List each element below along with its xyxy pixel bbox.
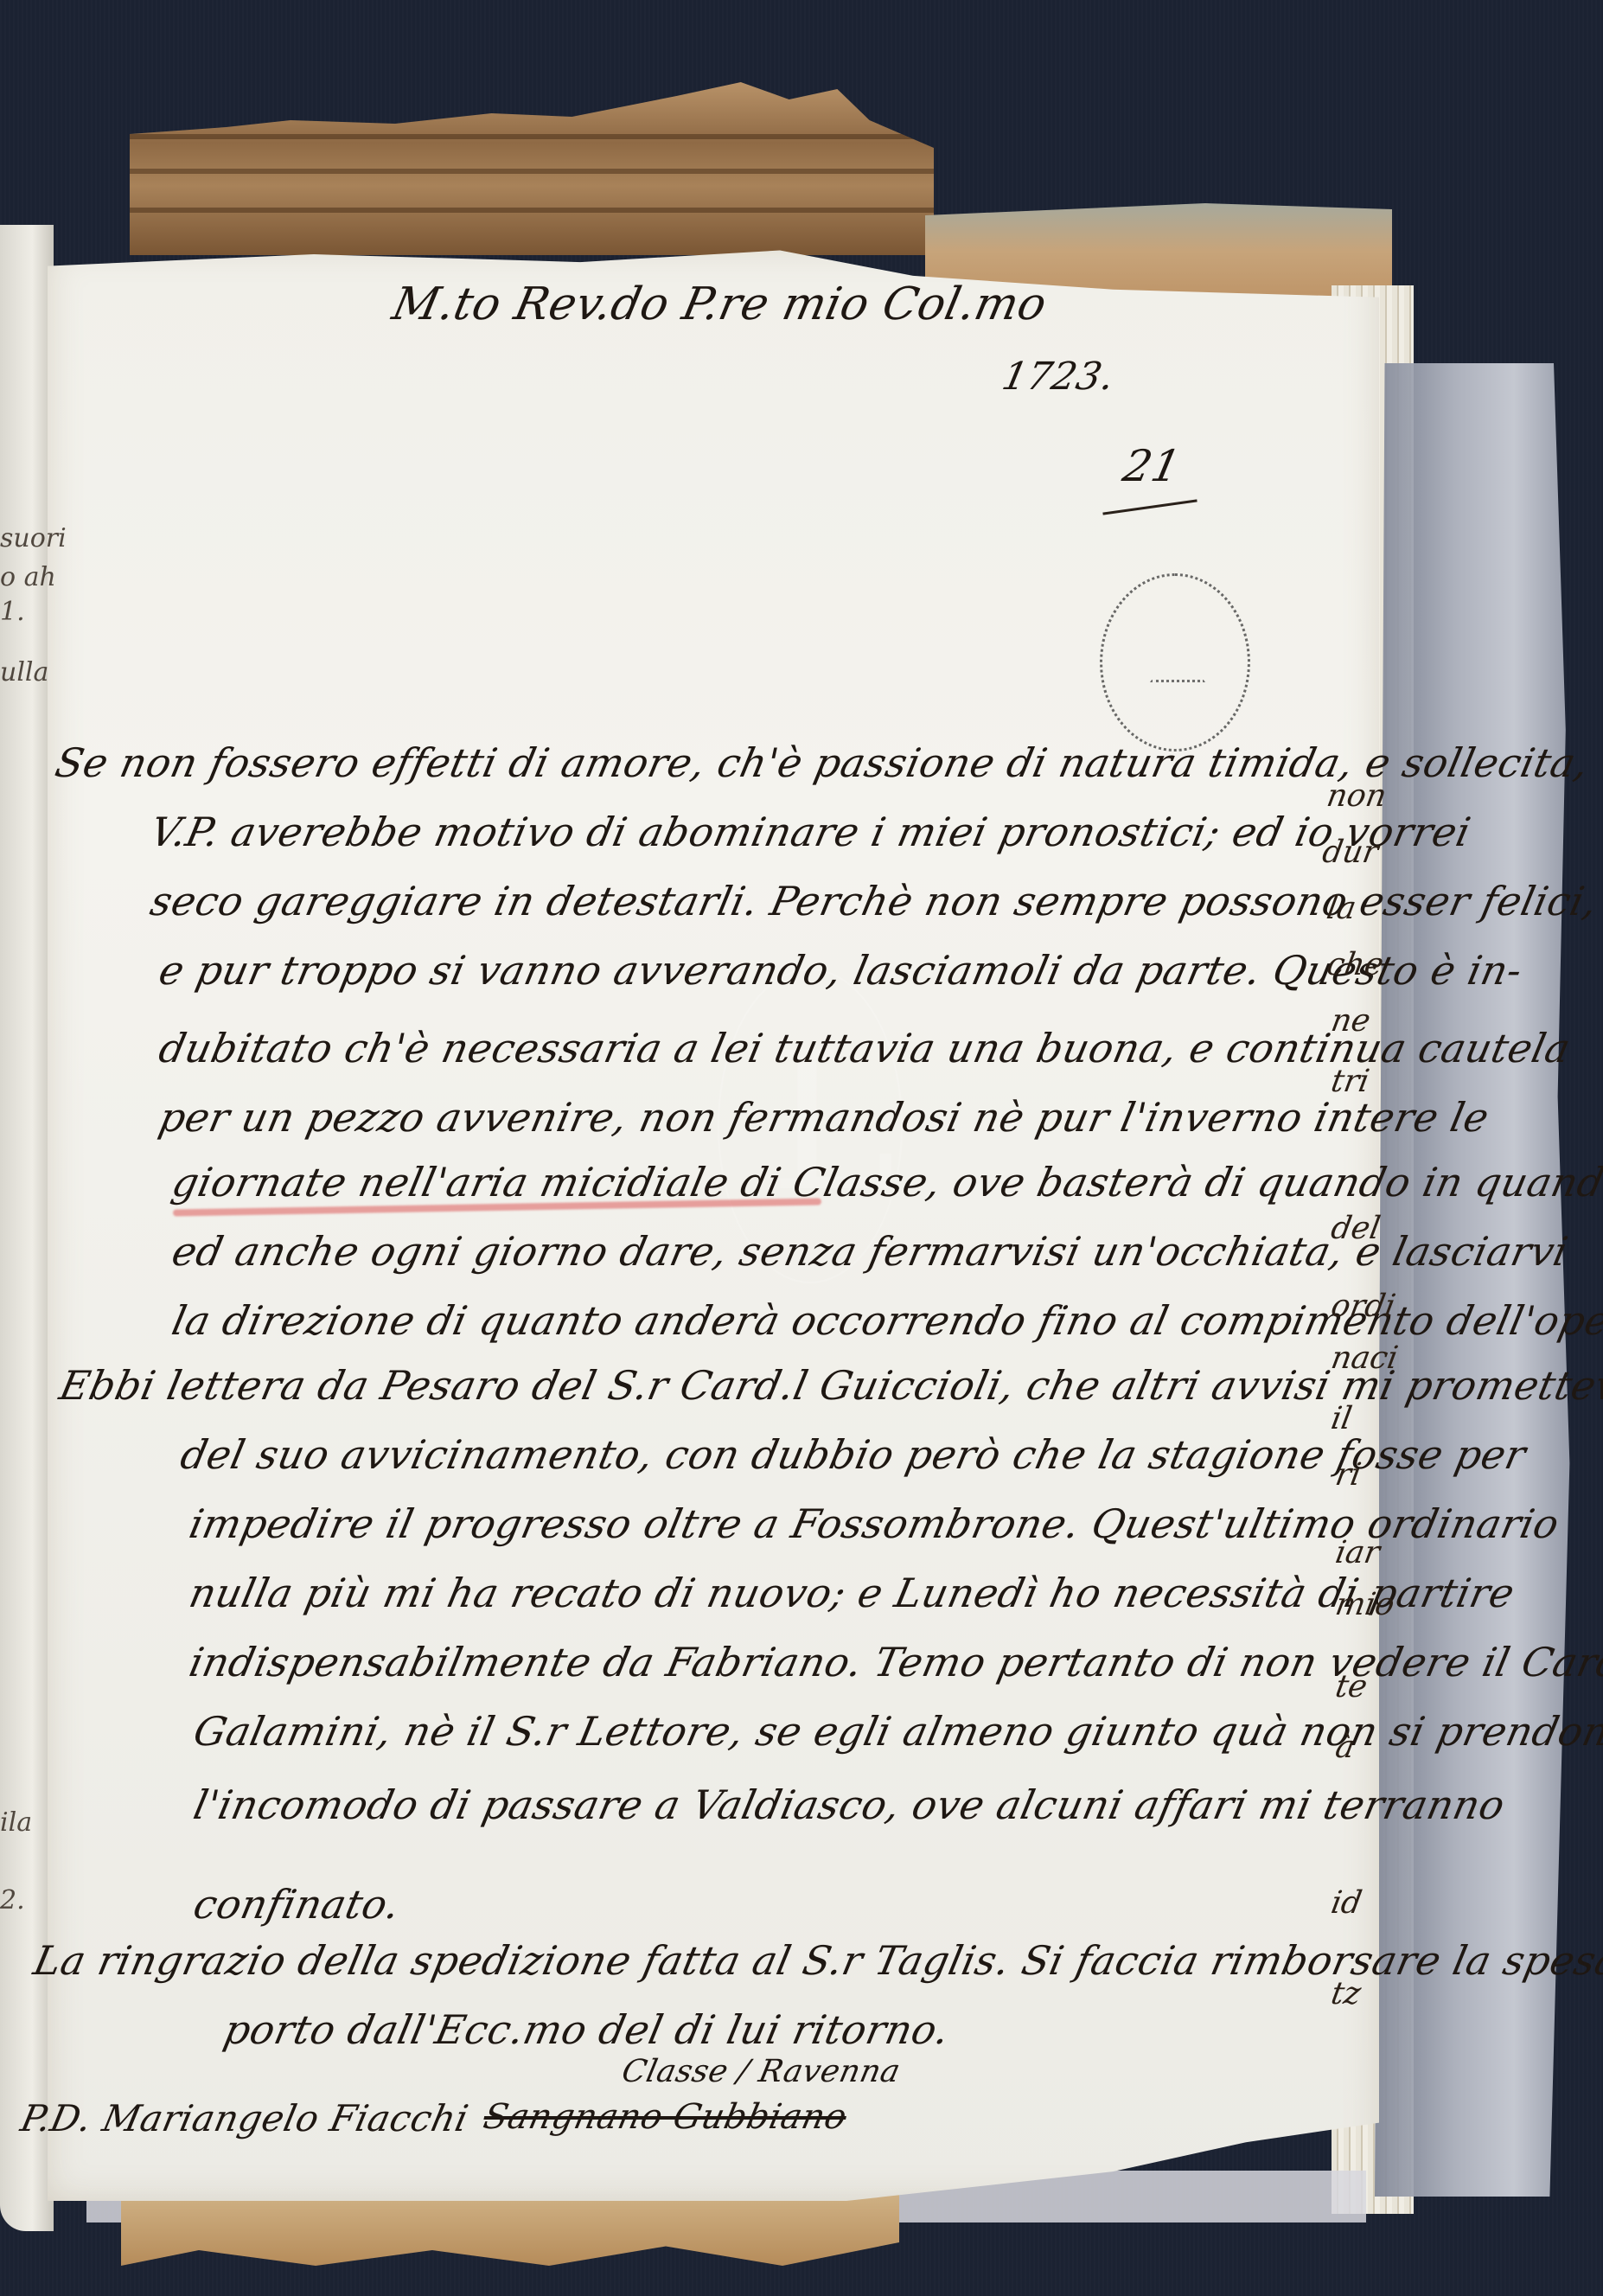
wrapper-fold <box>130 208 934 213</box>
margin-fragment: dur <box>1319 835 1381 870</box>
body-line: e pur troppo si vanno avverando, lasciam… <box>155 947 1526 994</box>
margin-fragment: iar <box>1332 1535 1382 1570</box>
margin-fragment: naci <box>1328 1340 1401 1376</box>
wrapper-fold <box>130 169 934 174</box>
margin-fragment: ne <box>1328 1003 1373 1039</box>
margin-fragment: te <box>1332 1669 1370 1704</box>
body-line: seco gareggiare in detestarli. Perchè no… <box>146 878 1602 924</box>
margin-fragment: ordi <box>1328 1289 1398 1324</box>
margin-fragment: non <box>1324 778 1389 814</box>
body-line: del suo avvicinamento, con dubbio però c… <box>176 1431 1530 1478</box>
facing-page-fragment: 2. <box>0 1885 25 1915</box>
date: 1723. <box>999 355 1119 399</box>
signature-crossed-out: Sangnano Gubbiano <box>480 2097 850 2137</box>
body-line: giornate nell'aria micidiale di Classe, … <box>168 1159 1603 1206</box>
folio-number: 21 <box>1119 441 1185 491</box>
margin-fragment: del <box>1328 1211 1383 1246</box>
tissue-paper <box>1375 363 1574 2197</box>
facing-page-fragment: ulla <box>0 657 48 688</box>
margin-fragment: che <box>1324 947 1386 982</box>
stamp-emblem-icon <box>1150 636 1205 682</box>
body-line: nulla più mi ha recato di nuovo; e Luned… <box>185 1570 1518 1616</box>
facing-page-fragment: ila <box>0 1807 32 1838</box>
signature-name: P.D. Mariangelo Fiacchi <box>17 2097 472 2139</box>
facing-page-fragment: 1. <box>0 597 25 627</box>
body-line: Galamini, nè il S.r Lettore, se egli alm… <box>189 1708 1603 1755</box>
margin-fragment: id <box>1328 1885 1364 1921</box>
facing-page-fragment: o ah <box>0 562 56 592</box>
body-line: per un pezzo avvenire, non fermandosi nè… <box>155 1094 1493 1141</box>
facing-page-fragment: suori <box>0 523 67 553</box>
archive-stamp <box>1100 573 1250 751</box>
body-line: indispensabilmente da Fabriano. Temo per… <box>185 1639 1603 1685</box>
signature-insertion: Classe / Ravenna <box>619 2054 904 2089</box>
body-line: confinato. <box>189 1881 404 1928</box>
margin-fragment: tri <box>1328 1064 1371 1099</box>
margin-fragment: mio <box>1332 1587 1397 1622</box>
body-line: La ringrazio della spedizione fatta al S… <box>29 1937 1603 1984</box>
body-line: l'incomodo di passare a Valdiasco, ove a… <box>189 1781 1509 1828</box>
body-line: porto dall'Ecc.mo del di lui ritorno. <box>220 2006 954 2053</box>
body-line: V.P. averebbe motivo di abominare i miei… <box>146 809 1475 855</box>
wrapper-fold <box>130 134 934 139</box>
salutation: M.to Rev.do P.re mio Col.mo <box>388 278 1051 330</box>
